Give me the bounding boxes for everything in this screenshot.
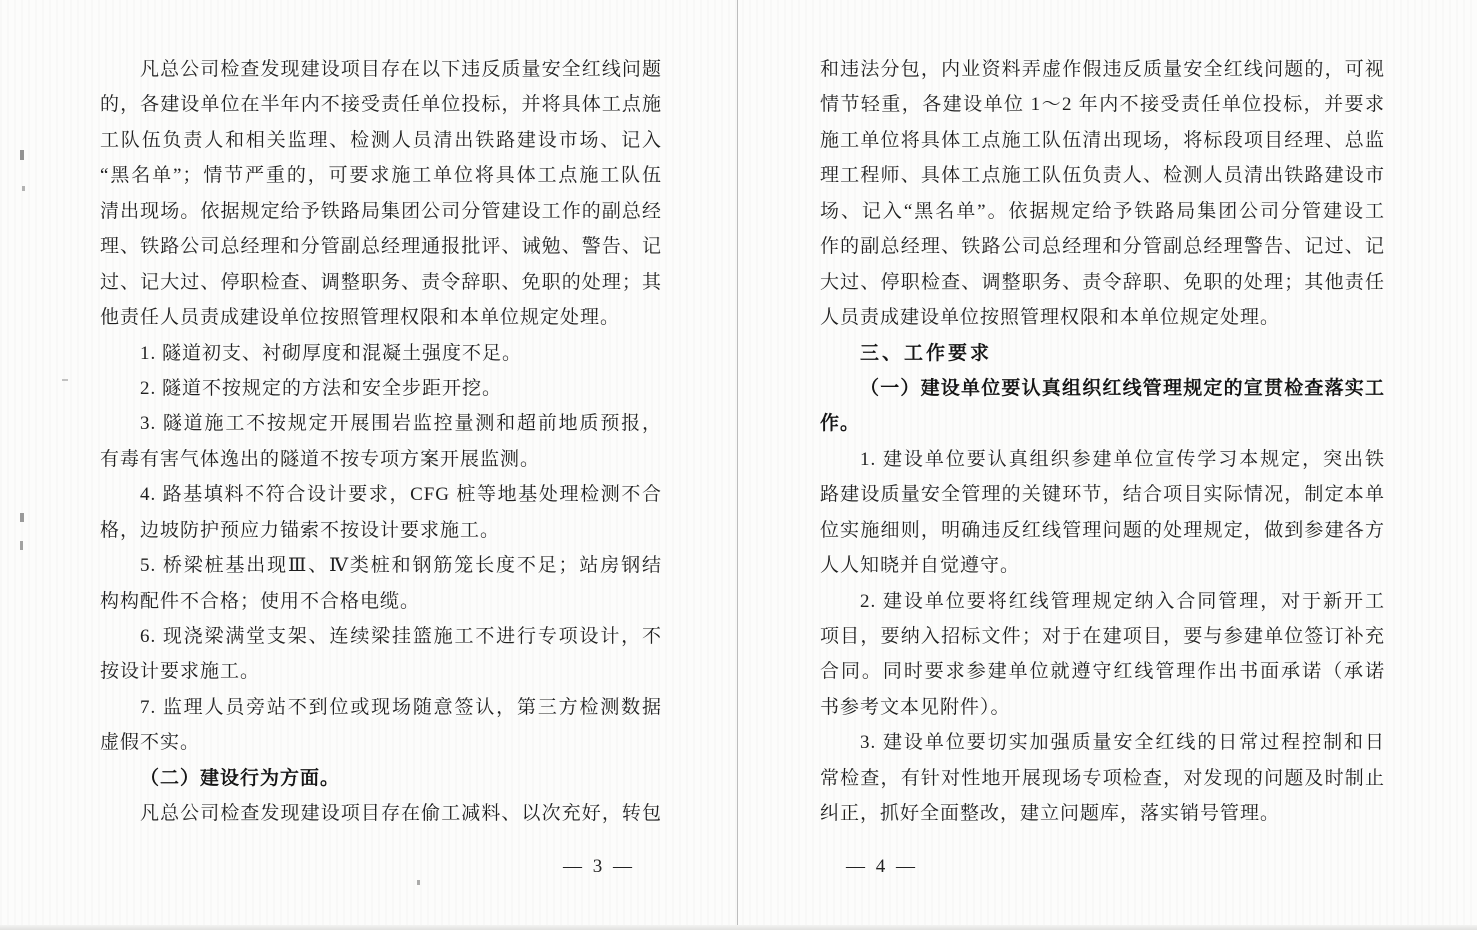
text-line: 人员责成建设单位按照管理权限和本单位规定处理。 [820,300,1385,335]
text-line: 凡总公司检查发现建设项目存在以下违反质量安全红线问题 [100,52,662,87]
text-line: 书参考文本见附件）。 [820,690,1385,725]
text-line: 他责任人员责成建设单位按照管理权限和本单位规定处理。 [100,300,662,335]
text-line: （二）建设行为方面。 [100,761,662,796]
text-line: 作的副总经理、铁路公司总经理和分管副总经理警告、记过、记 [820,229,1385,264]
document-page-4: 和违法分包，内业资料弄虚作假违反质量安全红线问题的，可视情节轻重，各建设单位 1… [737,0,1477,930]
text-line: 按设计要求施工。 [100,654,662,689]
text-line: 纠正，抓好全面整改，建立问题库，落实销号管理。 [820,796,1385,831]
text-line: 项目，要纳入招标文件；对于在建项目，要与参建单位签订补充 [820,619,1385,654]
scan-speck [62,379,68,381]
text-line: 有毒有害气体逸出的隧道不按专项方案开展监测。 [100,442,662,477]
text-line: 虚假不实。 [100,725,662,760]
text-line: 1. 建设单位要认真组织参建单位宣传学习本规定，突出铁 [820,442,1385,477]
text-line: “黑名单”；情节严重的，可要求施工单位将具体工点施工队伍 [100,158,662,193]
text-line: 施工单位将具体工点施工队伍清出现场，将标段项目经理、总监 [820,123,1385,158]
text-line: 合同。同时要求参建单位就遵守红线管理作出书面承诺（承诺 [820,654,1385,689]
text-line: 理、铁路公司总经理和分管副总经理通报批评、诫勉、警告、记 [100,229,662,264]
text-line: 人人知晓并自觉遵守。 [820,548,1385,583]
text-line: 凡总公司检查发现建设项目存在偷工减料、以次充好，转包 [100,796,662,831]
text-line: 构构配件不合格；使用不合格电缆。 [100,584,662,619]
text-line: 6. 现浇梁满堂支架、连续梁挂篮施工不进行专项设计，不 [100,619,662,654]
scan-speck [417,880,420,885]
text-line: 作。 [820,406,1385,441]
scanned-document-background: 凡总公司检查发现建设项目存在以下违反质量安全红线问题的，各建设单位在半年内不接受… [0,0,1477,930]
text-line: 4. 路基填料不符合设计要求，CFG 桩等地基处理检测不合 [100,477,662,512]
text-line: 工队伍负责人和相关监理、检测人员清出铁路建设市场、记入 [100,123,662,158]
page-4-text-block: 和违法分包，内业资料弄虚作假违反质量安全红线问题的，可视情节轻重，各建设单位 1… [820,52,1385,832]
scan-speck [20,513,24,522]
scan-speck [20,150,24,160]
document-page-3: 凡总公司检查发现建设项目存在以下违反质量安全红线问题的，各建设单位在半年内不接受… [0,0,737,930]
text-line: 3. 建设单位要切实加强质量安全红线的日常过程控制和日 [820,725,1385,760]
page-4-number: — 4 — [846,856,918,878]
text-line: 三、工作要求 [820,336,1385,371]
text-line: 位实施细则，明确违反红线管理问题的处理规定，做到参建各方 [820,513,1385,548]
text-line: 1. 隧道初支、衬砌厚度和混凝土强度不足。 [100,336,662,371]
text-line: 路建设质量安全管理的关键环节，结合项目实际情况，制定本单 [820,477,1385,512]
text-line: 7. 监理人员旁站不到位或现场随意签认，第三方检测数据 [100,690,662,725]
text-line: 2. 建设单位要将红线管理规定纳入合同管理，对于新开工 [820,584,1385,619]
text-line: 2. 隧道不按规定的方法和安全步距开挖。 [100,371,662,406]
text-line: 常检查，有针对性地开展现场专项检查，对发现的问题及时制止 [820,761,1385,796]
text-line: 理工程师、具体工点施工队伍负责人、检测人员清出铁路建设市 [820,158,1385,193]
text-line: （一）建设单位要认真组织红线管理规定的宣贯检查落实工 [820,371,1385,406]
text-line: 3. 隧道施工不按规定开展围岩监控量测和超前地质预报， [100,406,662,441]
text-line: 大过、停职检查、调整职务、责令辞职、免职的处理；其他责任 [820,265,1385,300]
text-line: 清出现场。依据规定给予铁路局集团公司分管建设工作的副总经 [100,194,662,229]
page-3-number: — 3 — [563,856,635,878]
scan-speck [20,541,23,550]
text-line: 格，边坡防护预应力锚索不按设计要求施工。 [100,513,662,548]
text-line: 和违法分包，内业资料弄虚作假违反质量安全红线问题的，可视 [820,52,1385,87]
page-3-text-block: 凡总公司检查发现建设项目存在以下违反质量安全红线问题的，各建设单位在半年内不接受… [100,52,662,832]
text-line: 场、记入“黑名单”。依据规定给予铁路局集团公司分管建设工 [820,194,1385,229]
scan-speck [22,186,25,191]
text-line: 过、记大过、停职检查、调整职务、责令辞职、免职的处理；其 [100,265,662,300]
text-line: 5. 桥梁桩基出现Ⅲ、Ⅳ类桩和钢筋笼长度不足；站房钢结 [100,548,662,583]
text-line: 情节轻重，各建设单位 1～2 年内不接受责任单位投标，并要求 [820,87,1385,122]
text-line: 的，各建设单位在半年内不接受责任单位投标，并将具体工点施 [100,87,662,122]
scan-bottom-edge [0,925,1477,930]
